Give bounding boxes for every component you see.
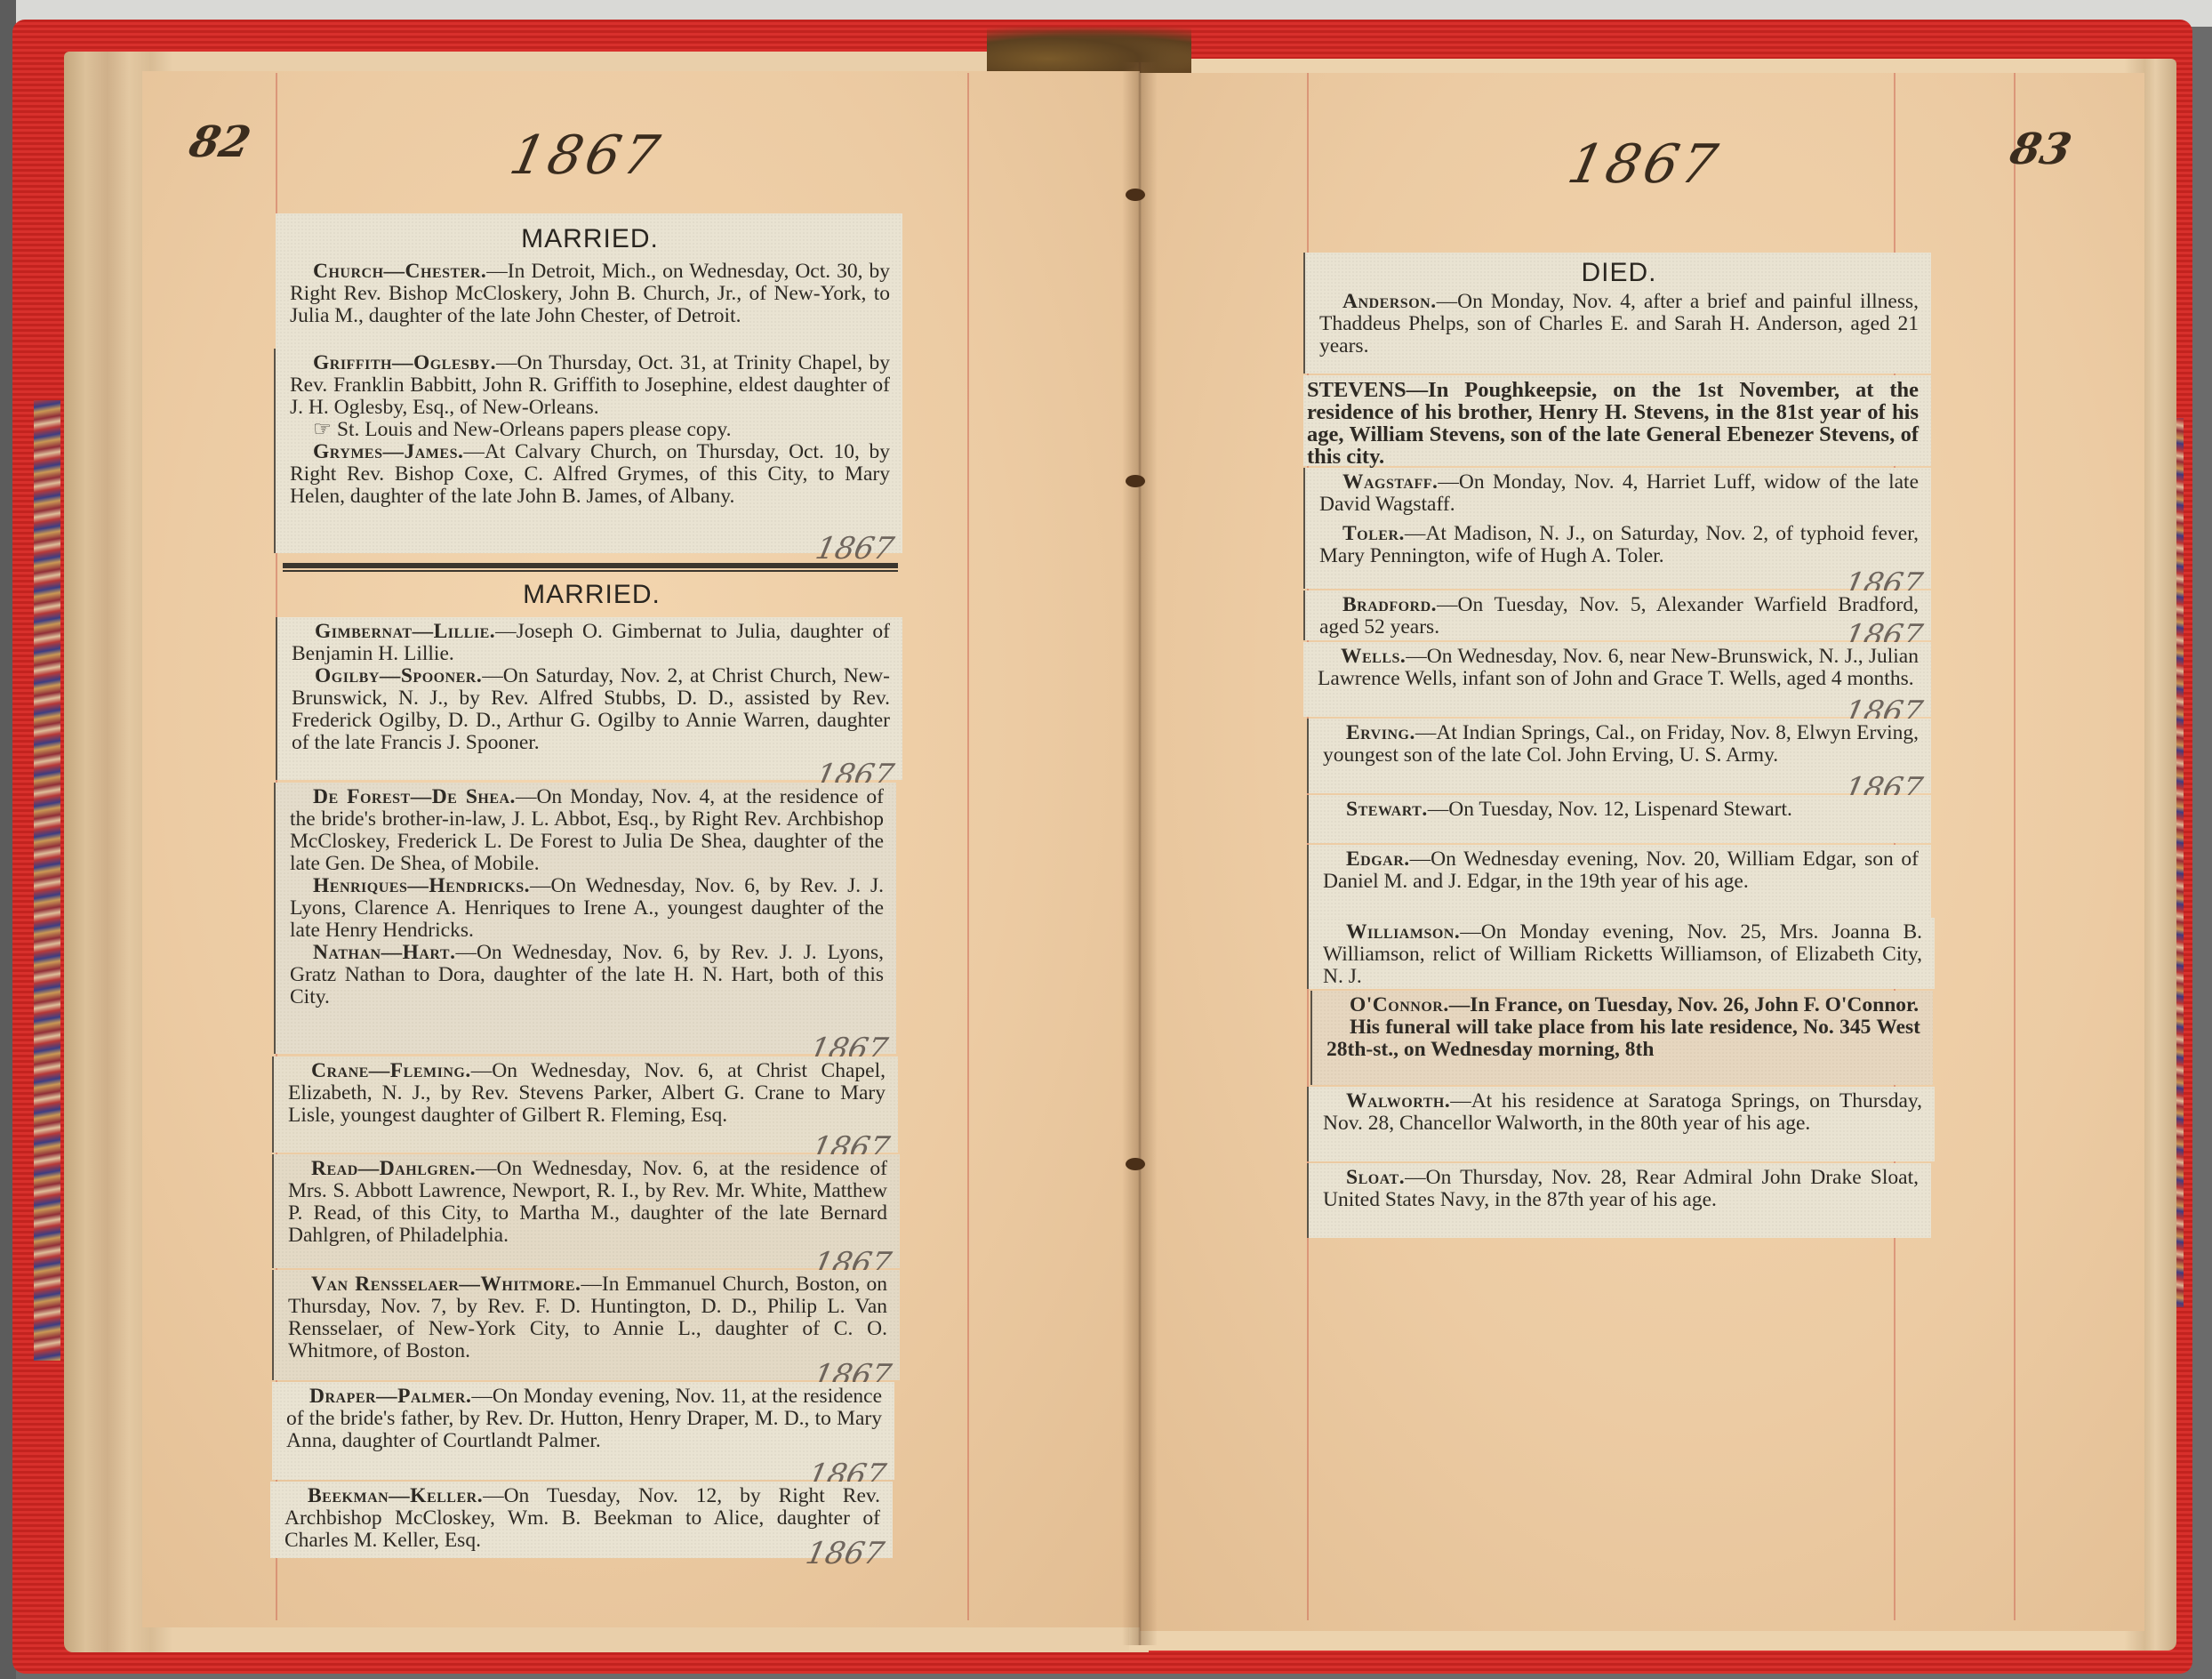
clipping-read-dahlgren: Read—Dahlgren.—On Wednesday, Nov. 6, at … bbox=[272, 1154, 900, 1268]
clipping-died-oconnor: O'Connor.—In France, on Tuesday, Nov. 26… bbox=[1310, 991, 1933, 1085]
clipping-died-stevens: STEVENS—In Poughkeepsie, on the 1st Nove… bbox=[1303, 375, 1931, 466]
binding-hole bbox=[1126, 475, 1145, 487]
notice-note: ☞ St. Louis and New-Orleans papers pleas… bbox=[290, 419, 890, 441]
clipping-married-church-chester: MARRIED. Church—Chester.—In Detroit, Mic… bbox=[276, 213, 902, 349]
page-number-right: 83 bbox=[2006, 125, 2076, 174]
notice-names: Walworth. bbox=[1346, 1089, 1450, 1113]
page-number-left: 82 bbox=[185, 117, 255, 167]
notice-entry: Edgar.—On Wednesday evening, Nov. 20, Wi… bbox=[1323, 848, 1919, 893]
notice-entry: Toler.—At Madison, N. J., on Saturday, N… bbox=[1319, 523, 1919, 567]
notice-names: Stewart. bbox=[1346, 798, 1428, 821]
margin-rule bbox=[967, 73, 969, 1620]
notice-names: Bradford. bbox=[1342, 593, 1437, 616]
notice-text: —On Wednesday evening, Nov. 20, William … bbox=[1323, 848, 1919, 893]
double-rule-divider bbox=[283, 563, 898, 572]
notice-names: Anderson. bbox=[1342, 290, 1437, 313]
notice-names: Gimbernat—Lillie. bbox=[315, 620, 495, 643]
notice-entry: Grymes—James.—At Calvary Church, on Thur… bbox=[290, 441, 890, 508]
notice-entry: Van Rensselaer—Whitmore.—In Emmanuel Chu… bbox=[288, 1273, 887, 1362]
section-heading-died: DIED. bbox=[1319, 261, 1919, 284]
notice-names: Read—Dahlgren. bbox=[311, 1157, 476, 1180]
notice-names: Edgar. bbox=[1346, 848, 1410, 871]
year-heading-left: 1867 bbox=[505, 125, 669, 187]
clipping-deforest-henriques-nathan: De Forest—De Shea.—On Monday, Nov. 4, at… bbox=[274, 783, 896, 1054]
clipping-draper-palmer: Draper—Palmer.—On Monday evening, Nov. 1… bbox=[272, 1382, 894, 1480]
notice-entry: Walworth.—At his residence at Saratoga S… bbox=[1323, 1090, 1922, 1135]
notice-entry: Church—Chester.—In Detroit, Mich., on We… bbox=[290, 261, 890, 327]
notice-entry: Wells.—On Wednesday, Nov. 6, near New-Br… bbox=[1318, 646, 1919, 690]
notice-entry: Henriques—Hendricks.—On Wednesday, Nov. … bbox=[290, 875, 884, 942]
notice-entry: Stewart.—On Tuesday, Nov. 12, Lispenard … bbox=[1323, 799, 1919, 821]
clipping-died-anderson: DIED. Anderson.—On Monday, Nov. 4, after… bbox=[1303, 253, 1931, 374]
notice-names: Draper—Palmer. bbox=[309, 1385, 471, 1408]
handwritten-year-mark: 1867 bbox=[805, 1543, 886, 1565]
notice-entry: Ogilby—Spooner.—On Saturday, Nov. 2, at … bbox=[292, 665, 890, 754]
notice-text: —On Wednesday, Nov. 6, near New-Brunswic… bbox=[1318, 645, 1919, 690]
binding-hole bbox=[1126, 1158, 1145, 1170]
notice-text: —On Thursday, Nov. 28, Rear Admiral John… bbox=[1323, 1166, 1919, 1211]
clipping-gimbernat-ogilby: Gimbernat—Lillie.—Joseph O. Gimbernat to… bbox=[276, 617, 902, 780]
notice-entry: Erving.—At Indian Springs, Cal., on Frid… bbox=[1323, 722, 1919, 767]
notice-text: —On Tuesday, Nov. 12, Lispenard Stewart. bbox=[1428, 798, 1792, 821]
notice-names: STEVENS bbox=[1307, 378, 1407, 402]
binding-hole bbox=[1126, 189, 1145, 201]
notice-entry: STEVENS—In Poughkeepsie, on the 1st Nove… bbox=[1307, 379, 1919, 468]
notice-names: Griffith—Oglesby. bbox=[313, 351, 496, 374]
clipping-griffith-grymes: Griffith—Oglesby.—On Thursday, Oct. 31, … bbox=[274, 349, 902, 553]
notice-names: Crane—Fleming. bbox=[311, 1059, 471, 1082]
notice-entry: Read—Dahlgren.—On Wednesday, Nov. 6, at … bbox=[288, 1158, 887, 1247]
notice-names: Grymes—James. bbox=[313, 440, 463, 463]
clipping-died-edgar: Edgar.—On Wednesday evening, Nov. 20, Wi… bbox=[1307, 845, 1931, 918]
clipping-died-walworth: Walworth.—At his residence at Saratoga S… bbox=[1307, 1087, 1935, 1161]
notice-entry: Williamson.—On Monday evening, Nov. 25, … bbox=[1323, 921, 1922, 988]
marbled-endpaper-left bbox=[34, 400, 60, 1361]
notice-note: His funeral will take place from his lat… bbox=[1326, 1016, 1920, 1061]
handwritten-year-mark: 1867 bbox=[814, 538, 896, 560]
notice-names: Wells. bbox=[1341, 645, 1406, 668]
clipping-van-rensselaer-whitmore: Van Rensselaer—Whitmore.—In Emmanuel Chu… bbox=[272, 1270, 900, 1380]
section-heading-married: MARRIED. bbox=[283, 583, 901, 606]
notice-entry: Gimbernat—Lillie.—Joseph O. Gimbernat to… bbox=[292, 621, 890, 665]
clipping-died-bradford: Bradford.—On Tuesday, Nov. 5, Alexander … bbox=[1303, 590, 1931, 640]
notice-names: O'Connor. bbox=[1350, 993, 1449, 1016]
section-heading-married: MARRIED. bbox=[290, 228, 890, 250]
margin-rule bbox=[2014, 73, 2016, 1620]
notice-entry: Crane—Fleming.—On Wednesday, Nov. 6, at … bbox=[288, 1060, 886, 1127]
clipping-died-wells: Wells.—On Wednesday, Nov. 6, near New-Br… bbox=[1303, 642, 1931, 717]
clipping-died-wagstaff: Wagstaff.—On Monday, Nov. 4, Harriet Luf… bbox=[1303, 468, 1931, 519]
book-gutter bbox=[1122, 62, 1158, 1645]
notice-names: Van Rensselaer—Whitmore. bbox=[311, 1273, 581, 1296]
notice-entry: Beekman—Keller.—On Tuesday, Nov. 12, by … bbox=[285, 1485, 880, 1552]
notice-names: Church—Chester. bbox=[313, 260, 486, 283]
clipping-crane-fleming: Crane—Fleming.—On Wednesday, Nov. 6, at … bbox=[272, 1056, 898, 1153]
notice-entry: Anderson.—On Monday, Nov. 4, after a bri… bbox=[1319, 291, 1919, 357]
notice-entry: Bradford.—On Tuesday, Nov. 5, Alexander … bbox=[1319, 594, 1919, 639]
notice-names: Wagstaff. bbox=[1342, 470, 1438, 494]
clipping-died-williamson: Williamson.—On Monday evening, Nov. 25, … bbox=[1307, 918, 1935, 989]
year-heading-right: 1867 bbox=[1563, 133, 1727, 196]
notice-entry: De Forest—De Shea.—On Monday, Nov. 4, at… bbox=[290, 786, 884, 875]
notice-names: Henriques—Hendricks. bbox=[313, 874, 530, 897]
clipping-beekman-keller: Beekman—Keller.—On Tuesday, Nov. 12, by … bbox=[270, 1482, 893, 1558]
notice-names: Toler. bbox=[1342, 522, 1405, 545]
clipping-died-erving: Erving.—At Indian Springs, Cal., on Frid… bbox=[1307, 719, 1931, 793]
notice-names: Williamson. bbox=[1346, 920, 1460, 944]
clipping-died-sloat: Sloat.—On Thursday, Nov. 28, Rear Admira… bbox=[1307, 1163, 1931, 1238]
notice-names: Erving. bbox=[1346, 721, 1415, 744]
notice-entry: Sloat.—On Thursday, Nov. 28, Rear Admira… bbox=[1323, 1167, 1919, 1211]
notice-names: De Forest—De Shea. bbox=[313, 785, 516, 808]
notice-names: Ogilby—Spooner. bbox=[315, 664, 482, 687]
notice-entry: Draper—Palmer.—On Monday evening, Nov. 1… bbox=[286, 1386, 882, 1452]
notice-entry: O'Connor.—In France, on Tuesday, Nov. 26… bbox=[1326, 994, 1920, 1016]
notice-entry: Nathan—Hart.—On Wednesday, Nov. 6, by Re… bbox=[290, 942, 884, 1008]
notice-entry: Griffith—Oglesby.—On Thursday, Oct. 31, … bbox=[290, 352, 890, 419]
clipping-died-stewart: Stewart.—On Tuesday, Nov. 12, Lispenard … bbox=[1307, 795, 1931, 843]
notice-names: Beekman—Keller. bbox=[308, 1484, 483, 1507]
notice-text: —In France, on Tuesday, Nov. 26, John F.… bbox=[1449, 993, 1919, 1016]
clipping-married-heading: MARRIED. bbox=[283, 578, 901, 617]
notice-names: Sloat. bbox=[1346, 1166, 1405, 1189]
notice-names: Nathan—Hart. bbox=[313, 941, 455, 964]
notice-text: —At Madison, N. J., on Saturday, Nov. 2,… bbox=[1319, 522, 1919, 567]
clipping-died-toler: Toler.—At Madison, N. J., on Saturday, N… bbox=[1303, 519, 1931, 589]
notice-entry: Wagstaff.—On Monday, Nov. 4, Harriet Luf… bbox=[1319, 471, 1919, 516]
